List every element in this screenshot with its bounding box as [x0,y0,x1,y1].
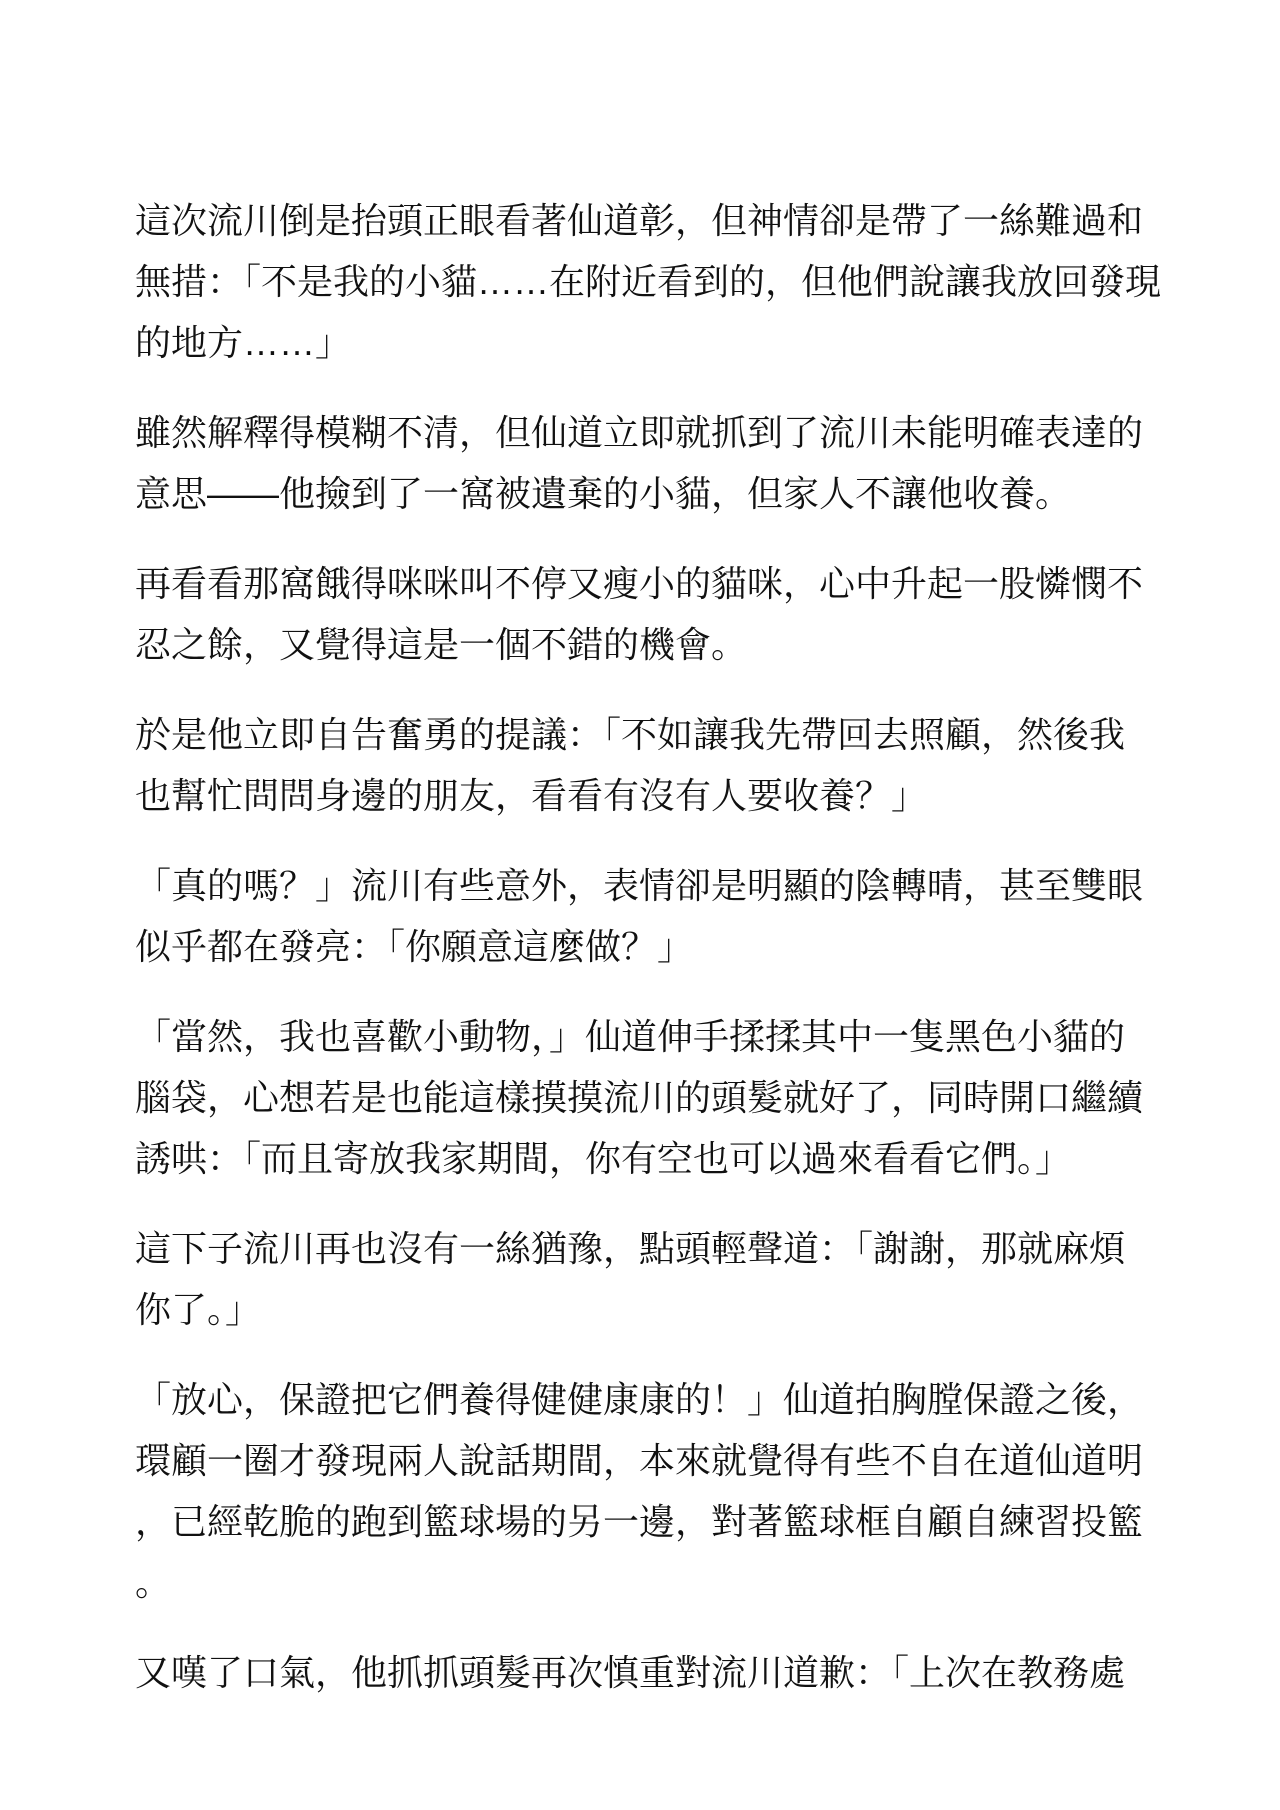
paragraph: 「真的嗎？」流川有些意外，表情卻是明顯的陰轉晴，甚至雙眼似乎都在發亮：「你願意這… [135,855,1145,977]
document-page: 這次流川倒是抬頭正眼看著仙道彰，但神情卻是帶了一絲難過和無措：「不是我的小貓……… [0,0,1280,1810]
text-line: 誘哄：「而且寄放我家期間，你有空也可以過來看看它們。」 [135,1128,1145,1189]
text-line: 又嘆了口氣，他抓抓頭髮再次慎重對流川道歉：「上次在教務處 [135,1642,1145,1703]
text-line: 你了。」 [135,1279,1145,1340]
paragraph: 「放心，保證把它們養得健健康康的！」仙道拍胸膛保證之後，環顧一圈才發現兩人說話期… [135,1369,1145,1613]
text-line: 於是他立即自告奮勇的提議：「不如讓我先帶回去照顧，然後我 [135,704,1145,765]
text-line: 「當然，我也喜歡小動物，」仙道伸手揉揉其中一隻黑色小貓的 [135,1006,1145,1067]
text-line: 腦袋，心想若是也能這樣摸摸流川的頭髮就好了，同時開口繼續 [135,1067,1145,1128]
text-line: 似乎都在發亮：「你願意這麼做？」 [135,916,1145,977]
paragraph: 雖然解釋得模糊不清，但仙道立即就抓到了流川未能明確表達的意思——他撿到了一窩被遺… [135,402,1145,524]
text-line: 的地方……」 [135,312,1145,373]
text-line: ，已經乾脆的跑到籃球場的另一邊，對著籃球框自顧自練習投籃 [135,1491,1145,1552]
text-line: 這次流川倒是抬頭正眼看著仙道彰，但神情卻是帶了一絲難過和 [135,190,1145,251]
text-line: 環顧一圈才發現兩人說話期間，本來就覺得有些不自在道仙道明 [135,1430,1145,1491]
paragraph: 「當然，我也喜歡小動物，」仙道伸手揉揉其中一隻黑色小貓的腦袋，心想若是也能這樣摸… [135,1006,1145,1189]
page-content: 這次流川倒是抬頭正眼看著仙道彰，但神情卻是帶了一絲難過和無措：「不是我的小貓……… [135,190,1145,1703]
paragraph: 又嘆了口氣，他抓抓頭髮再次慎重對流川道歉：「上次在教務處 [135,1642,1145,1703]
text-line: 再看看那窩餓得咪咪叫不停又瘦小的貓咪，心中升起一股憐憫不 [135,553,1145,614]
paragraph: 這次流川倒是抬頭正眼看著仙道彰，但神情卻是帶了一絲難過和無措：「不是我的小貓……… [135,190,1145,373]
paragraph: 這下子流川再也沒有一絲猶豫，點頭輕聲道：「謝謝，那就麻煩你了。」 [135,1218,1145,1340]
text-line: 也幫忙問問身邊的朋友，看看有沒有人要收養？」 [135,765,1145,826]
text-line: 「真的嗎？」流川有些意外，表情卻是明顯的陰轉晴，甚至雙眼 [135,855,1145,916]
text-line: 「放心，保證把它們養得健健康康的！」仙道拍胸膛保證之後， [135,1369,1145,1430]
text-line: 意思——他撿到了一窩被遺棄的小貓，但家人不讓他收養。 [135,463,1145,524]
text-line: 。 [135,1552,1145,1613]
text-line: 這下子流川再也沒有一絲猶豫，點頭輕聲道：「謝謝，那就麻煩 [135,1218,1145,1279]
text-line: 無措：「不是我的小貓……在附近看到的，但他們說讓我放回發現 [135,251,1145,312]
text-line: 雖然解釋得模糊不清，但仙道立即就抓到了流川未能明確表達的 [135,402,1145,463]
paragraph: 於是他立即自告奮勇的提議：「不如讓我先帶回去照顧，然後我也幫忙問問身邊的朋友，看… [135,704,1145,826]
text-line: 忍之餘，又覺得這是一個不錯的機會。 [135,614,1145,675]
paragraph: 再看看那窩餓得咪咪叫不停又瘦小的貓咪，心中升起一股憐憫不忍之餘，又覺得這是一個不… [135,553,1145,675]
